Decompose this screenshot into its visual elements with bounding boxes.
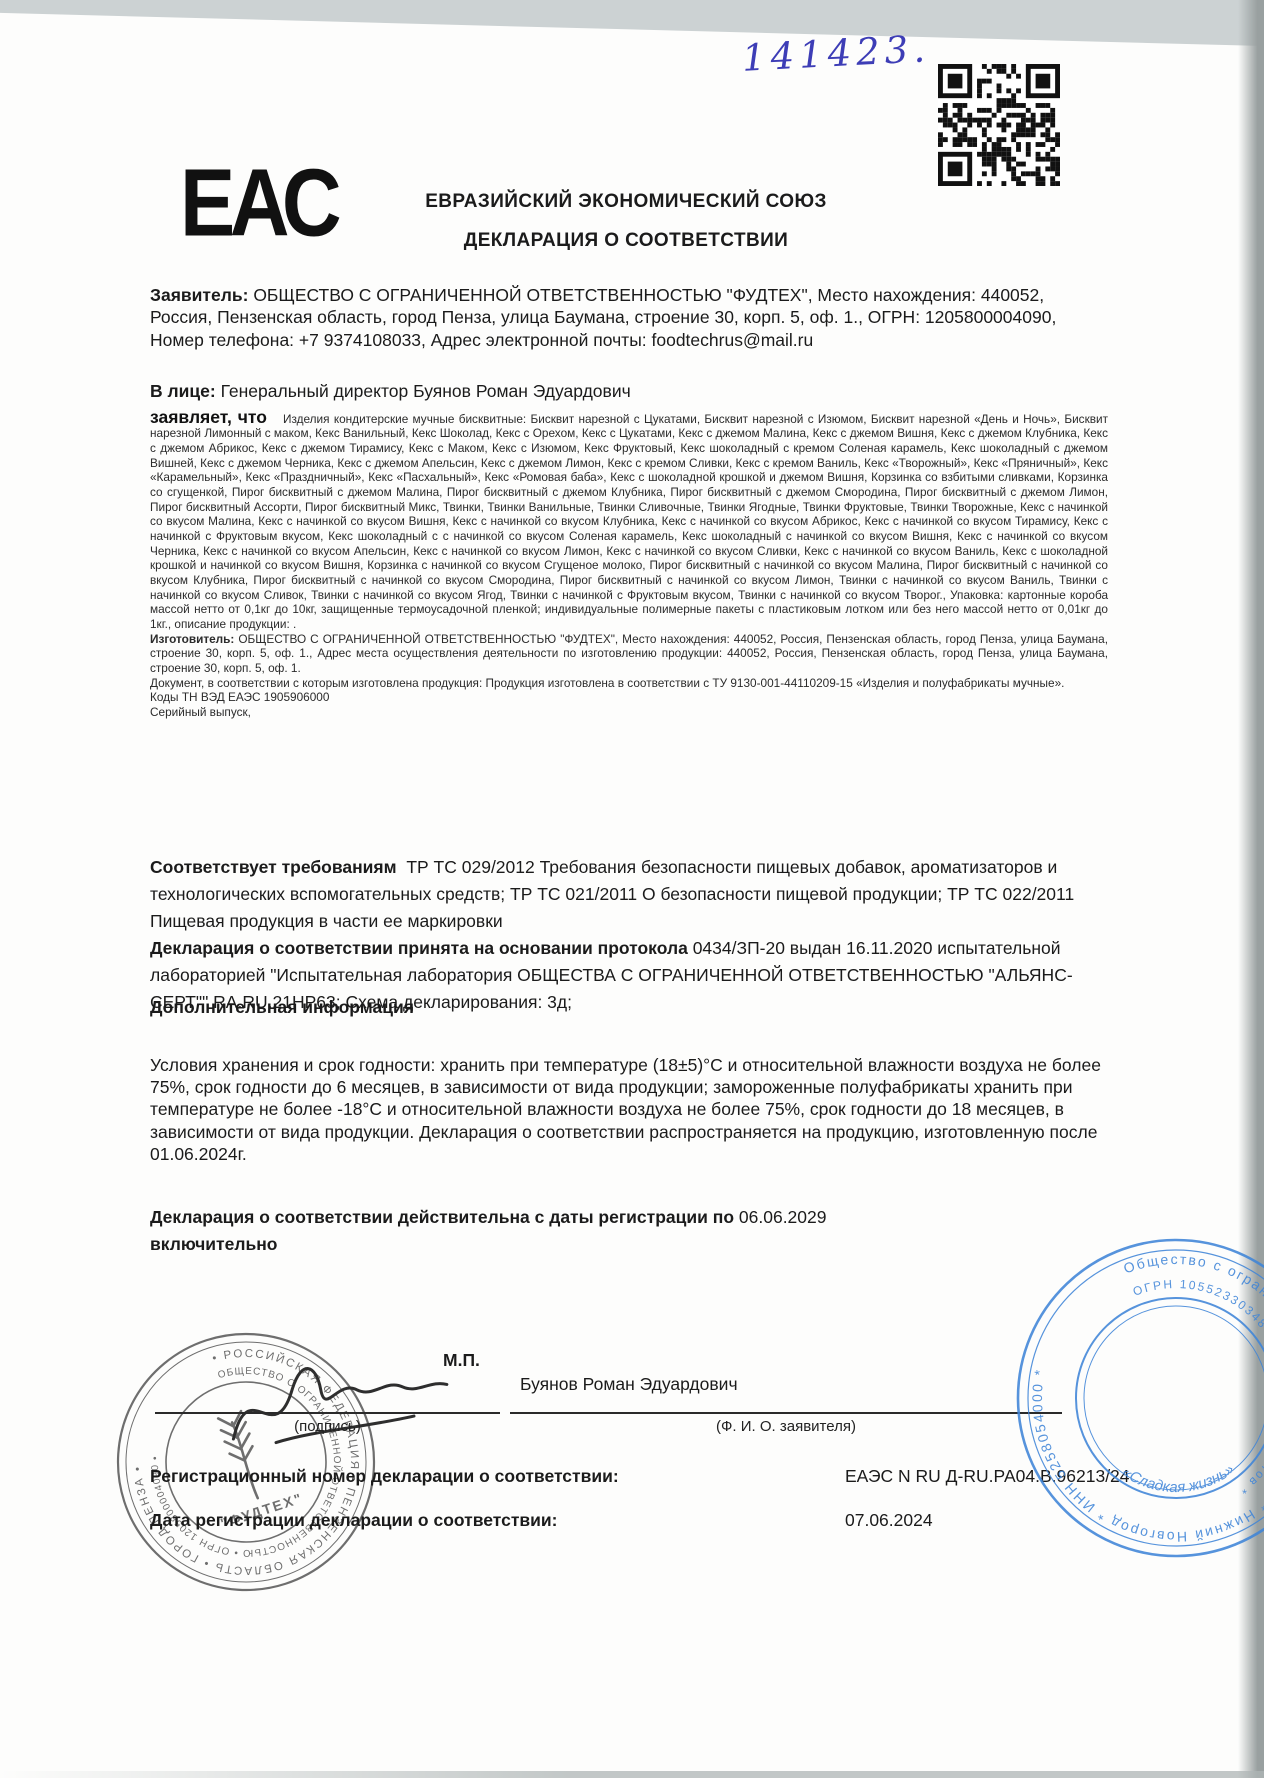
scan-edge-right	[1238, 0, 1264, 1778]
applicant-paragraph: Заявитель: ОБЩЕСТВО С ОГРАНИЧЕННОЙ ОТВЕТ…	[150, 284, 1104, 352]
validity-label: Декларация о соответствии действительна …	[150, 1207, 734, 1227]
certification-stamp-ring1: Общество с ограниченной ответственностью…	[1004, 1226, 1264, 1570]
handwritten-number: 141423.	[741, 27, 931, 80]
registration-date-value: 07.06.2024	[845, 1510, 933, 1531]
in-person-paragraph: В лице: Генеральный директор Буянов Рома…	[150, 380, 1104, 403]
svg-text:«Сладкая жизнь»: «Сладкая жизнь»	[1115, 1427, 1239, 1520]
applicant-label: Заявитель:	[150, 285, 248, 305]
handwritten-signature	[212, 1336, 462, 1466]
basis-label: Декларация о соответствии принята на осн…	[150, 938, 688, 958]
scan-edge-top	[0, 0, 1264, 46]
scan-edge-bottom	[0, 1771, 1264, 1778]
signature-caption: (подпись)	[155, 1418, 500, 1435]
stamp-place-label: М.П.	[443, 1350, 480, 1371]
document-titles: ЕВРАЗИЙСКИЙ ЭКОНОМИЧЕСКИЙ СОЮЗ ДЕКЛАРАЦИ…	[150, 191, 1102, 252]
svg-text:Общество с ограниченной ответс: Общество с ограниченной ответственностью…	[1004, 1226, 1264, 1570]
certification-stamp: Общество с ограниченной ответственностью…	[1004, 1226, 1264, 1570]
manufacturer-label: Изготовитель:	[150, 632, 234, 646]
validity-date: 06.06.2029	[739, 1207, 827, 1227]
manufacturer-text: ОБЩЕСТВО С ОГРАНИЧЕННОЙ ОТВЕТСТВЕННОСТЬЮ…	[150, 632, 1108, 675]
conformity-paragraph: Соответствует требованиям ТР ТС 029/2012…	[150, 854, 1104, 935]
signature-line	[155, 1412, 500, 1414]
applicant-name: Буянов Роман Эдуардович	[520, 1374, 738, 1395]
validity-suffix: включительно	[150, 1234, 277, 1254]
qr-code	[938, 64, 1060, 186]
union-title: ЕВРАЗИЙСКИЙ ЭКОНОМИЧЕСКИЙ СОЮЗ	[150, 191, 1102, 213]
additional-info-heading: Дополнительная информация	[150, 997, 414, 1018]
declares-paragraph: заявляет, чтоИзделия кондитерские мучные…	[150, 410, 1108, 720]
conformity-label: Соответствует требованиям	[150, 857, 397, 877]
declaration-title: ДЕКЛАРАЦИЯ О СООТВЕТСТВИИ	[150, 230, 1102, 252]
registration-number-label: Регистрационный номер декларации о соотв…	[150, 1466, 619, 1487]
registration-number-value: ЕАЭС N RU Д-RU.РА04.В.96213/24	[845, 1466, 1130, 1487]
in-person-label: В лице:	[150, 381, 216, 401]
serial-release-line: Серийный выпуск,	[150, 705, 251, 719]
applicant-text: ОБЩЕСТВО С ОГРАНИЧЕННОЙ ОТВЕТСТВЕННОСТЬЮ…	[150, 285, 1056, 350]
document-basis-line: Документ, в соответствии с которым изгот…	[150, 676, 1064, 690]
scanned-declaration-page: 141423. ЕАС ЕВРАЗИЙСКИЙ ЭКОНОМИЧЕСКИЙ СО…	[0, 0, 1264, 1778]
additional-info-text: Условия хранения и срок годности: хранит…	[150, 1054, 1104, 1166]
name-caption: (Ф. И. О. заявителя)	[510, 1418, 1062, 1435]
registration-date-label: Дата регистрации декларации о соответств…	[150, 1510, 558, 1531]
tnved-code-line: Коды ТН ВЭД ЕАЭС 1905906000	[150, 690, 329, 704]
validity-paragraph: Декларация о соответствии действительна …	[150, 1204, 1104, 1258]
name-line	[510, 1412, 1062, 1414]
declares-label: заявляет, что	[150, 407, 267, 427]
in-person-text: Генеральный директор Буянов Роман Эдуард…	[221, 381, 631, 401]
products-text: Изделия кондитерские мучные бисквитные: …	[150, 412, 1108, 631]
certification-stamp-center: «Сладкая жизнь»	[1115, 1427, 1239, 1520]
